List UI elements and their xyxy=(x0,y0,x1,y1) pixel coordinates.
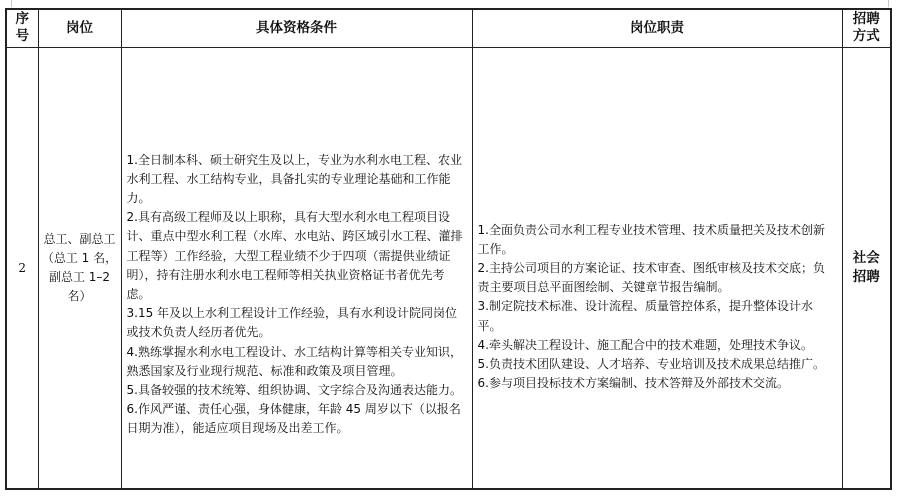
header-duties: 岗位职责 xyxy=(472,9,842,47)
duty-item: 5.负责技术团队建设、人才培养、专业培训及技术成果总结推广。 xyxy=(478,355,836,374)
requirement-item: 3.15 年及以上水利工程设计工作经验，具有水利设计院同岗位或技术负责人经历者优… xyxy=(127,304,466,342)
duty-item: 3.制定院技术标准、设计流程、质量管控体系，提升整体设计水平。 xyxy=(478,297,836,335)
cell-post: 总工、副总工 （总工 1 名， 副总工 1–2 名） xyxy=(38,47,121,489)
page-margin-marker xyxy=(11,0,12,7)
requirement-item: 6.作风严谨、责任心强，身体健康，年龄 45 周岁以下（以报名日期为准），能适应… xyxy=(127,400,466,438)
recruitment-table: 序 号 岗位 具体资格条件 岗位职责 招聘 方式 2 总工、副总工 （总工 1 … xyxy=(5,8,892,490)
header-method: 招聘 方式 xyxy=(842,9,891,47)
requirement-item: 2.具有高级工程师及以上职称，具有大型水利水电工程项目设计、重点中型水利工程（水… xyxy=(127,208,466,304)
header-requirements: 具体资格条件 xyxy=(121,9,472,47)
duty-item: 4.牵头解决工程设计、施工配合中的技术难题，处理技术争议。 xyxy=(478,336,836,355)
requirement-item: 5.具备较强的技术统筹、组织协调、文字综合及沟通表达能力。 xyxy=(127,381,466,400)
duty-item: 2.主持公司项目的方案论证、技术审查、图纸审核及技术交底；负责主要项目总平面图绘… xyxy=(478,259,836,297)
header-post: 岗位 xyxy=(38,9,121,47)
requirement-item: 1.全日制本科、硕士研究生及以上，专业为水利水电工程、农业水利工程、水工结构专业… xyxy=(127,151,466,209)
duty-item: 6.参与项目投标技术方案编制、技术答辩及外部技术交流。 xyxy=(478,374,836,393)
header-seq: 序 号 xyxy=(6,9,38,47)
duty-item: 1.全面负责公司水利工程专业技术管理、技术质量把关及技术创新工作。 xyxy=(478,221,836,259)
cell-method: 社会 招聘 xyxy=(842,47,891,489)
page-margin-marker xyxy=(888,0,889,7)
header-row: 序 号 岗位 具体资格条件 岗位职责 招聘 方式 xyxy=(6,9,891,47)
requirement-item: 4.熟练掌握水利水电工程设计、水工结构计算等相关专业知识，熟悉国家及行业现行规范… xyxy=(127,343,466,381)
cell-duties: 1.全面负责公司水利工程专业技术管理、技术质量把关及技术创新工作。 2.主持公司… xyxy=(472,47,842,489)
cell-seq: 2 xyxy=(6,47,38,489)
table-row: 2 总工、副总工 （总工 1 名， 副总工 1–2 名） 1.全日制本科、硕士研… xyxy=(6,47,891,489)
cell-requirements: 1.全日制本科、硕士研究生及以上，专业为水利水电工程、农业水利工程、水工结构专业… xyxy=(121,47,472,489)
